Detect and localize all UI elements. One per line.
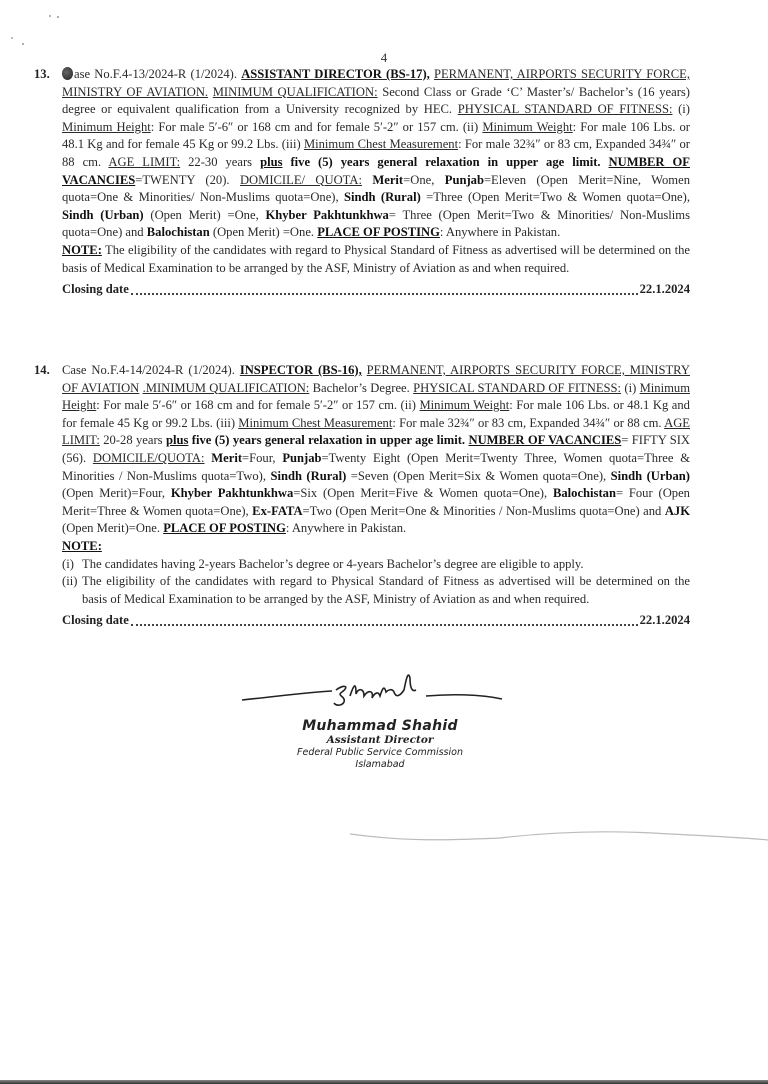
age-limit-label: AGE LIMIT: <box>108 155 180 169</box>
signatory-name: Muhammad Shahid <box>230 718 530 734</box>
note-text: The eligibility of the candidates with r… <box>62 243 690 275</box>
posting-label: PLACE OF POSTING <box>163 521 286 535</box>
note-label: NOTE: <box>62 539 102 553</box>
post-title: ASSISTANT DIRECTOR (BS-17), <box>241 67 430 81</box>
quota-region: Sindh (Rural) <box>270 469 346 483</box>
quota-region: Khyber Pakhtunkhwa <box>265 208 388 222</box>
posting-label: PLACE OF POSTING <box>317 225 440 239</box>
scan-bottom-edge <box>0 1080 768 1084</box>
min-qual-text: Bachelor’s Degree. <box>309 381 413 395</box>
posting-text: : Anywhere in Pakistan. <box>440 225 560 239</box>
closing-date-value: 22.1.2024 <box>640 612 690 630</box>
quota-region: Khyber Pakhtunkhwa <box>171 486 293 500</box>
height-text: : For male 5′-6″ or 168 cm and for femal… <box>151 120 483 134</box>
quota-region: Punjab <box>282 451 321 465</box>
quota-text: (Open Merit) =One. <box>210 225 317 239</box>
dotted-leader <box>131 293 638 295</box>
chest-text: : For male 32¾″ or 83 cm, Expanded 34¾″ … <box>392 416 664 430</box>
quota-text: The candidates having 2-years Bachelor’s… <box>82 557 584 571</box>
age-text: 20-28 years <box>100 433 166 447</box>
height-text: : For male 5′-6″ or 168 cm and for femal… <box>96 398 419 412</box>
entry-14-note: NOTE: (i)The candidates having 2-years B… <box>62 538 690 608</box>
note-item: (i)The candidates having 2-years Bachelo… <box>62 556 690 574</box>
quota-text: (Open Merit)=One. <box>62 521 163 535</box>
quota-text: =Six (Open Merit=Five & Women quota=One)… <box>293 486 553 500</box>
signatory-organization: Federal Public Service Commission <box>230 747 530 759</box>
handwritten-signature-icon <box>240 672 520 714</box>
quota-region: Balochistan <box>553 486 616 500</box>
entry-number: 14. <box>34 362 50 380</box>
closing-date-row: Closing date 22.1.2024 <box>62 281 690 299</box>
quota-region: Sindh (Urban) <box>62 208 144 222</box>
entry-13-note: NOTE: The eligibility of the candidates … <box>62 242 690 277</box>
case-number: ase No.F.4-13/2024-R (1/2024). <box>74 67 237 81</box>
note-item: (ii)The eligibility of the candidates wi… <box>62 573 690 608</box>
note-label: NOTE: <box>62 243 102 257</box>
height-label: Minimum Height <box>62 120 151 134</box>
domicile-label: DOMICILE/QUOTA: <box>93 451 205 465</box>
signatory-city: Islamabad <box>230 759 530 771</box>
entry-13-paragraph: ase No.F.4-13/2024-R (1/2024). ASSISTANT… <box>62 66 690 242</box>
ink-blot-icon <box>62 67 73 80</box>
entry-13: 13. ase No.F.4-13/2024-R (1/2024). ASSIS… <box>34 66 690 299</box>
quota-text: =Four, <box>242 451 282 465</box>
weight-label: Minimum Weight <box>419 398 509 412</box>
quota-region: Ex-FATA <box>252 504 302 518</box>
note-list: (i)The candidates having 2-years Bachelo… <box>62 556 690 609</box>
quota-region: Punjab <box>445 173 484 187</box>
case-number: Case No.F.4-14/2024-R (1/2024). <box>62 363 235 377</box>
page-number: 4 <box>0 50 768 66</box>
domicile-label: DOMICILE/ QUOTA: <box>240 173 362 187</box>
plus: plus <box>166 433 188 447</box>
quota-text: The eligibility of the candidates with r… <box>82 574 690 606</box>
signatory-title: Assistant Director <box>230 734 530 747</box>
quota-text: =Seven (Open Merit=Six & Women quota=One… <box>346 469 610 483</box>
quota-region: Balochistan <box>147 225 210 239</box>
closing-date-row: Closing date 22.1.2024 <box>62 612 690 630</box>
signature-block: Muhammad Shahid Assistant Director Feder… <box>230 672 530 771</box>
chest-label: Minimum Chest Measurement <box>238 416 392 430</box>
stray-pen-mark <box>350 830 768 850</box>
fitness-label: PHYSICAL STANDARD OF FITNESS: <box>458 102 673 116</box>
quota-region: Merit <box>372 173 403 187</box>
quota-text: (Open Merit)=Four, <box>62 486 171 500</box>
min-qual-label: .MINIMUM QUALIFICATION: <box>143 381 310 395</box>
vacancies-label: NUMBER OF VACANCIES <box>468 433 621 447</box>
quota-region: Merit <box>211 451 242 465</box>
entry-number: 13. <box>34 66 50 84</box>
weight-label: Minimum Weight <box>482 120 572 134</box>
roman: (ii) <box>62 573 77 591</box>
plus: plus <box>260 155 282 169</box>
quota-region: AJK <box>665 504 690 518</box>
roman: (i) <box>62 556 74 574</box>
posting-text: : Anywhere in Pakistan. <box>286 521 406 535</box>
quota-text: =Two (Open Merit=One & Minorities / Non-… <box>303 504 665 518</box>
closing-date-label: Closing date <box>62 281 129 299</box>
post-title: INSPECTOR (BS-16), <box>240 363 362 377</box>
closing-date-value: 22.1.2024 <box>640 281 690 299</box>
quota-text: =Three (Open Merit=Two & Women quota=One… <box>421 190 690 204</box>
age-text: 22-30 years <box>180 155 260 169</box>
height-prefix: (i) <box>621 381 640 395</box>
vacancies-value: =TWENTY (20). <box>135 173 240 187</box>
quota-region: Sindh (Urban) <box>611 469 690 483</box>
quota-text: (Open Merit) =One, <box>144 208 266 222</box>
entry-14: 14. Case No.F.4-14/2024-R (1/2024). INSP… <box>34 362 690 630</box>
dotted-leader <box>131 624 638 626</box>
chest-label: Minimum Chest Measurement <box>304 137 458 151</box>
closing-date-label: Closing date <box>62 612 129 630</box>
relaxation: five (5) years general relaxation in upp… <box>188 433 465 447</box>
quota-region: Sindh (Rural) <box>344 190 421 204</box>
min-qual-label: MINIMUM QUALIFICATION: <box>213 85 378 99</box>
height-prefix: (i) <box>672 102 690 116</box>
entry-14-paragraph: Case No.F.4-14/2024-R (1/2024). INSPECTO… <box>62 362 690 538</box>
fitness-label: PHYSICAL STANDARD OF FITNESS: <box>413 381 621 395</box>
relaxation: five (5) years general relaxation in upp… <box>283 155 601 169</box>
quota-text: =One, <box>403 173 445 187</box>
